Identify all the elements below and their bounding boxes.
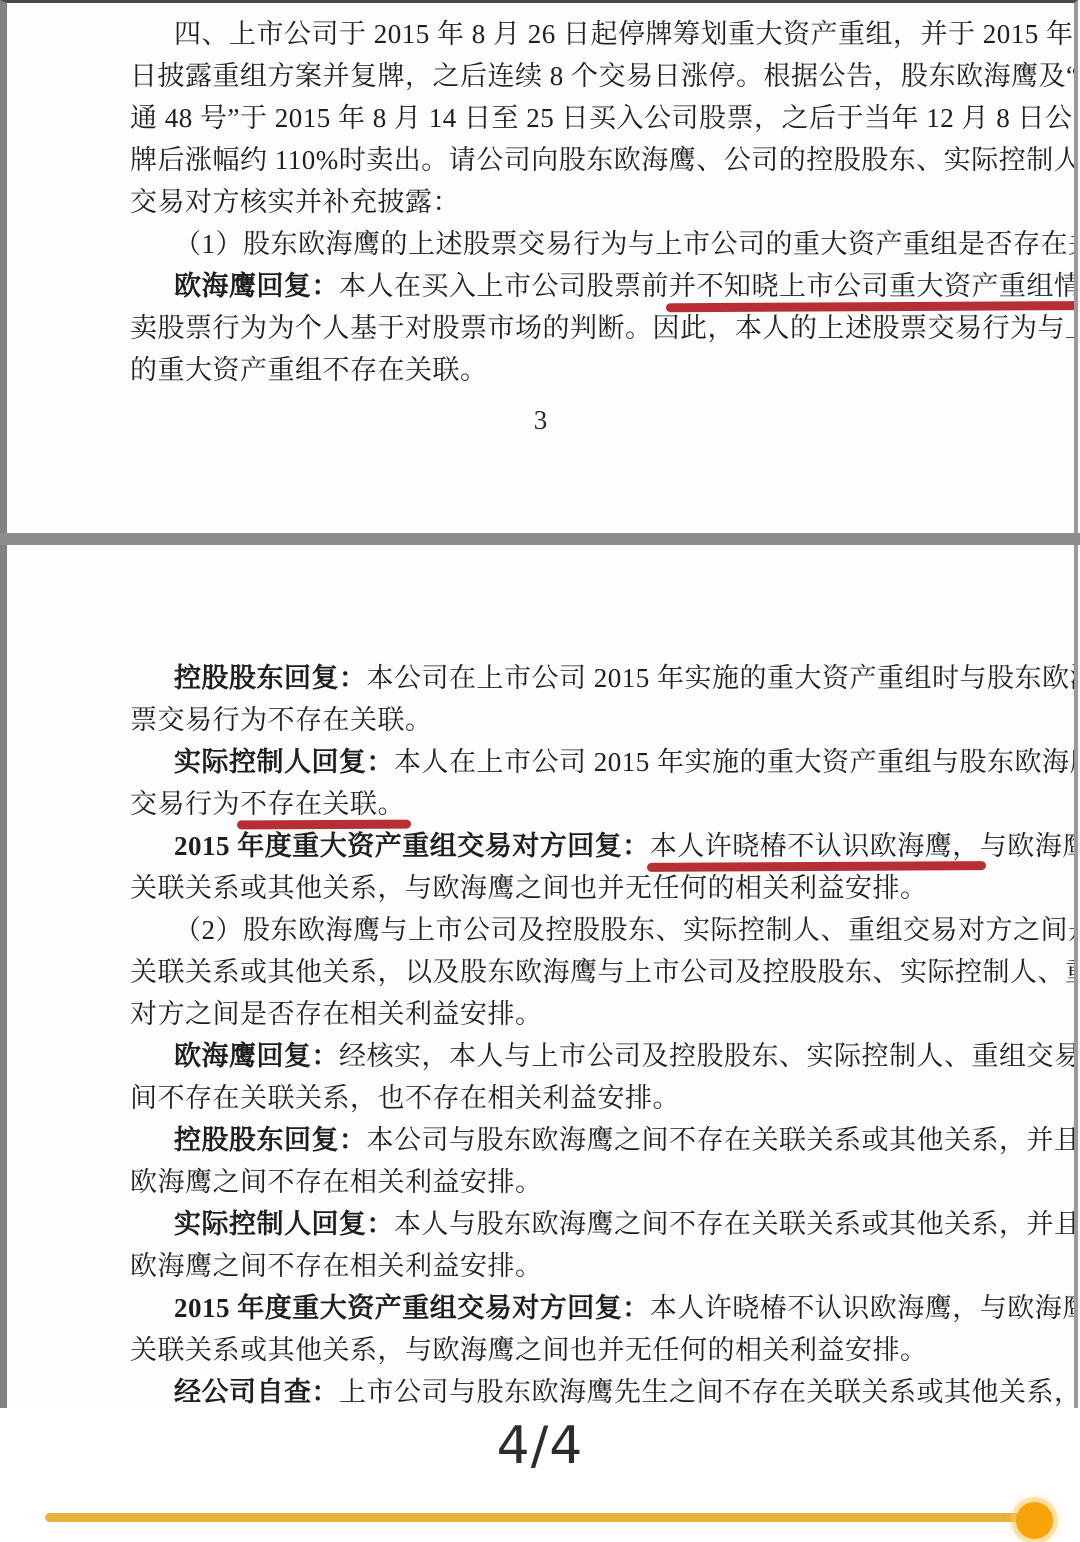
text-segment: 本公司与股东欧海鹰之间不存在关联关系或其他关系，并且与股东 [367,1125,1079,1155]
text-segment: 与欧海鹰不存在 [980,831,1078,861]
text-line: 日披露重组方案并复牌，之后连续 8 个交易日涨停。根据公告，股东欧海鹰及“银河汇 [130,55,1054,97]
text-line: 的重大资产重组不存在关联。 [130,349,1054,391]
text-line: 交易行为不存在关联。 [130,783,1054,825]
text-line: 对方之间是否存在相关利益安排。 [130,993,1054,1035]
text-segment: 四、上市公司于 2015 年 8 月 26 日起停牌筹划重大资产重组，并于 20… [174,19,1078,49]
slider-track[interactable] [45,1513,1035,1522]
text-line: 间不存在关联关系，也不存在相关利益安排。 [130,1077,1054,1119]
text-segment: 卖股票行为为个人基于对股票市场的判断。因此，本人的上述股票交易行为与上市公司 [130,313,1078,343]
reply-label: 2015 年度重大资产重组交易对方回复： [174,1293,650,1323]
text-segment: 本人在买入上市公司股票前 [339,271,669,301]
text-line: 欧海鹰回复：经核实，本人与上市公司及控股股东、实际控制人、重组交易对方之 [130,1035,1054,1077]
text-line: 关联关系或其他关系，以及股东欧海鹰与上市公司及控股股东、实际控制人、重组交易 [130,951,1054,993]
text-line: 关联关系或其他关系，与欧海鹰之间也并无任何的相关利益安排。 [130,867,1054,909]
text-segment: （1）股东欧海鹰的上述股票交易行为与上市公司的重大资产重组是否存在关联 [174,229,1078,259]
document-page-3: 四、上市公司于 2015 年 8 月 26 日起停牌筹划重大资产重组，并于 20… [0,0,1078,533]
page-number: 3 [7,405,1074,436]
text-segment: 本人许晓椿不认识欧海鹰，与欧海鹰不存在 [650,1293,1078,1323]
text-segment: 本人与股东欧海鹰之间不存在关联关系或其他关系，并且与股东 [394,1209,1078,1239]
reply-label: 实际控制人回复： [174,1209,394,1239]
reply-label: 实际控制人回复： [174,747,394,777]
page-4-text: 控股股东回复：本公司在上市公司 2015 年实施的重大资产重组时与股东欧海鹰的股… [7,545,1074,1408]
text-line: 四、上市公司于 2015 年 8 月 26 日起停牌筹划重大资产重组，并于 20… [130,13,1054,55]
text-segment: 本人在上市公司 2015 年实施的重大资产重组与股东欧海鹰的股票 [394,747,1078,777]
text-line: 2015 年度重大资产重组交易对方回复：本人许晓椿不认识欧海鹰，与欧海鹰不存在 [130,825,1054,867]
text-line: 卖股票行为为个人基于对股票市场的判断。因此，本人的上述股票交易行为与上市公司 [130,307,1054,349]
text-line: 交易对方核实并补充披露： [130,181,1054,223]
text-line: （1）股东欧海鹰的上述股票交易行为与上市公司的重大资产重组是否存在关联 [130,223,1054,265]
text-line: 欧海鹰之间不存在相关利益安排。 [130,1245,1054,1287]
reply-label: 经公司自查： [174,1377,339,1407]
text-segment: （2）股东欧海鹰与上市公司及控股股东、实际控制人、重组交易对方之间是否存在 [174,915,1078,945]
text-line: 实际控制人回复：本人在上市公司 2015 年实施的重大资产重组与股东欧海鹰的股票 [130,741,1054,783]
reply-label: 控股股东回复： [174,1125,367,1155]
text-segment: 票交易行为不存在关联。 [130,705,433,735]
text-segment: 交易行为 [130,789,240,819]
text-line: 实际控制人回复：本人与股东欧海鹰之间不存在关联关系或其他关系，并且与股东 [130,1203,1054,1245]
text-segment: 日披露重组方案并复牌，之后连续 8 个交易日涨停。根据公告，股东欧海鹰及“银河汇 [130,61,1078,91]
text-segment: 关联关系或其他关系，与欧海鹰之间也并无任何的相关利益安排。 [130,1335,928,1365]
text-segment: 的重大资产重组不存在关联。 [130,355,488,385]
text-line: 经公司自查：上市公司与股东欧海鹰先生之间不存在关联关系或其他关系，不存在 [130,1371,1054,1408]
page-slider[interactable] [0,1490,1080,1542]
text-segment: 本公司在上市公司 2015 年实施的重大资产重组时与股东欧海鹰的股 [367,663,1079,693]
text-segment: 经核实，本人与上市公司及控股股东、实际控制人、重组交易对方之 [339,1041,1078,1071]
text-segment: 通 48 号”于 2015 年 8 月 14 日至 25 日买入公司股票，之后于… [130,103,1078,133]
reply-label: 控股股东回复： [174,663,367,693]
text-segment: 关联关系或其他关系，与欧海鹰之间也并无任何的相关利益安排。 [130,873,928,903]
red-underlined-text: 不存在关联。 [240,783,405,825]
page-indicator: 4/4 [0,1416,1080,1476]
text-line: 控股股东回复：本公司在上市公司 2015 年实施的重大资产重组时与股东欧海鹰的股 [130,657,1054,699]
slider-knob[interactable] [1016,1502,1053,1539]
text-line: 2015 年度重大资产重组交易对方回复：本人许晓椿不认识欧海鹰，与欧海鹰不存在 [130,1287,1054,1329]
document-viewer[interactable]: 四、上市公司于 2015 年 8 月 26 日起停牌筹划重大资产重组，并于 20… [0,0,1080,1542]
red-underlined-text: 本人许晓椿不认识欧海鹰， [650,825,980,867]
text-line: 票交易行为不存在关联。 [130,699,1054,741]
text-segment: 欧海鹰之间不存在相关利益安排。 [130,1251,543,1281]
reply-label: 2015 年度重大资产重组交易对方回复： [174,831,650,861]
text-segment: 对方之间是否存在相关利益安排。 [130,999,543,1029]
text-segment: 关联关系或其他关系，以及股东欧海鹰与上市公司及控股股东、实际控制人、重组交易 [130,957,1078,987]
reply-label: 欧海鹰回复： [174,1041,339,1071]
text-line: 控股股东回复：本公司与股东欧海鹰之间不存在关联关系或其他关系，并且与股东 [130,1119,1054,1161]
text-line: 欧海鹰回复：本人在买入上市公司股票前并不知晓上市公司重大资产重组情况，买 [130,265,1054,307]
page-3-text: 四、上市公司于 2015 年 8 月 26 日起停牌筹划重大资产重组，并于 20… [7,3,1074,391]
text-segment: 欧海鹰之间不存在相关利益安排。 [130,1167,543,1197]
red-underlined-text: 并不知晓上市公司重大资产重组情况， [669,265,1078,307]
text-segment: 牌后涨幅约 110%时卖出。请公司向股东欧海鹰、公司的控股股东、实际控制人以及重… [130,145,1078,175]
text-line: 牌后涨幅约 110%时卖出。请公司向股东欧海鹰、公司的控股股东、实际控制人以及重… [130,139,1054,181]
text-line: 关联关系或其他关系，与欧海鹰之间也并无任何的相关利益安排。 [130,1329,1054,1371]
text-line: （2）股东欧海鹰与上市公司及控股股东、实际控制人、重组交易对方之间是否存在 [130,909,1054,951]
reply-label: 欧海鹰回复： [174,271,339,301]
text-line: 欧海鹰之间不存在相关利益安排。 [130,1161,1054,1203]
text-segment: 交易对方核实并补充披露： [130,187,460,217]
page-separator [0,533,1080,545]
text-line: 通 48 号”于 2015 年 8 月 14 日至 25 日买入公司股票，之后于… [130,97,1054,139]
document-page-4: 控股股东回复：本公司在上市公司 2015 年实施的重大资产重组时与股东欧海鹰的股… [0,545,1078,1408]
text-segment: 上市公司与股东欧海鹰先生之间不存在关联关系或其他关系，不存在 [339,1377,1078,1407]
text-segment: 间不存在关联关系，也不存在相关利益安排。 [130,1083,680,1113]
